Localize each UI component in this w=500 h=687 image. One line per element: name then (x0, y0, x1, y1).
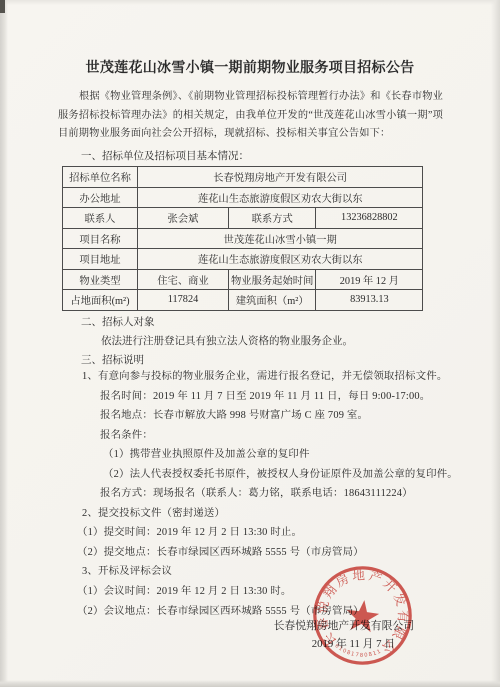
section-2-body: 依法进行注册登记具有独立法人资格的物业服务企业。 (101, 333, 353, 348)
project-info-table: 招标单位名称 长春悦翔房地产开发有限公司 办公地址 莲花山生态旅游度假区劝农大街… (62, 166, 423, 311)
table-value-cell: 世茂莲花山冰雪小镇一期 (138, 228, 423, 249)
table-value-cell: 117824 (138, 290, 229, 311)
section-heading-2: 二、招标人对象 (81, 314, 155, 329)
document-title: 世茂莲花山冰雪小镇一期前期物业服务项目招标公告 (0, 57, 500, 77)
table-value-cell: 莲花山生态旅游度假区劝农大街以东 (138, 187, 423, 208)
scan-edge-top (0, 0, 500, 5)
table-value-cell: 住宅、商业 (138, 269, 229, 290)
table-row: 占地面积(m²) 117824 建筑面积（m²） 83913.13 (63, 290, 423, 311)
notice-line: 报名时间：2019 年 11 月 7 日至 2019 年 11 月 11 日，每… (58, 387, 450, 407)
section-heading-3: 三、招标说明 (81, 352, 144, 367)
intro-paragraph: 根据《物业管理条例》、《前期物业管理招标投标管理暂行办法》和《长春市物业服务招标… (58, 88, 443, 144)
scanned-document-page: 世茂莲花山冰雪小镇一期前期物业服务项目招标公告 根据《物业管理条例》、《前期物业… (0, 0, 500, 687)
scan-edge-left (0, 0, 8, 687)
table-row: 项目地址 莲花山生态旅游度假区劝农大街以东 (63, 249, 423, 270)
table-label-cell: 办公地址 (63, 187, 138, 208)
table-label-cell: 建筑面积（m²） (229, 290, 316, 311)
table-value-cell: 莲花山生态旅游度假区劝农大街以东 (138, 249, 423, 270)
notice-line: （2）法人代表授权委托书原件，被授权人身份证原件及加盖公章的复印件。 (58, 465, 450, 485)
table-label-cell: 招标单位名称 (63, 167, 138, 188)
notice-line: （2）提交地点：长春市绿园区西环城路 5555 号（市房管局） (58, 543, 450, 563)
table-value-cell: 2019 年 12 月 (316, 269, 423, 290)
notice-line: （1）提交时间：2019 年 12 月 2 日 13:30 时止。 (58, 523, 450, 543)
table-row: 联系人 张会斌 联系方式 13236828802 (63, 208, 423, 229)
notice-line: （1）携带营业执照原件及加盖公章的复印件 (58, 445, 450, 465)
notice-line: 1、有意向参与投标的物业服务企业，需进行报名登记，并无偿领取招标文件。 (58, 367, 450, 387)
table-label-cell: 联系方式 (229, 208, 316, 229)
table-value-cell: 83913.13 (316, 290, 423, 311)
table-label-cell: 联系人 (63, 208, 138, 229)
scan-edge-bottom (0, 680, 500, 687)
table-label-cell: 物业类型 (63, 269, 138, 290)
table-value-cell: 张会斌 (138, 208, 229, 229)
table-row: 办公地址 莲花山生态旅游度假区劝农大街以东 (63, 187, 423, 208)
table-row: 招标单位名称 长春悦翔房地产开发有限公司 (63, 167, 423, 188)
notice-line: 报名方式：现场报名（联系人：葛力铭，联系电话：18643111224） (58, 484, 450, 504)
table-label-cell: 项目名称 (63, 228, 138, 249)
table-row: 项目名称 世茂莲花山冰雪小镇一期 (63, 228, 423, 249)
table-label-cell: 项目地址 (63, 249, 138, 270)
seal-star-icon (344, 598, 380, 633)
table-row: 物业类型 住宅、商业 物业服务起始时间 2019 年 12 月 (63, 269, 423, 290)
company-seal-stamp: 长春悦翔房地产开发有限公司 01081780811 (305, 558, 420, 673)
table-label-cell: 物业服务起始时间 (229, 269, 316, 290)
table-value-cell: 13236828802 (316, 208, 423, 229)
scan-corner-artifact (0, 0, 5, 13)
table-value-cell: 长春悦翔房地产开发有限公司 (138, 167, 423, 188)
notice-line: 报名条件： (58, 426, 450, 446)
notice-line: 报名地点：长春市解放大路 998 号财富广场 C 座 709 室。 (58, 406, 450, 426)
notice-line: 2、提交投标文件（密封递送） (58, 504, 450, 524)
section-heading-1: 一、招标单位及招标项目基本情况： (81, 148, 249, 163)
scan-edge-right (491, 0, 500, 687)
table-label-cell: 占地面积(m²) (63, 290, 138, 311)
